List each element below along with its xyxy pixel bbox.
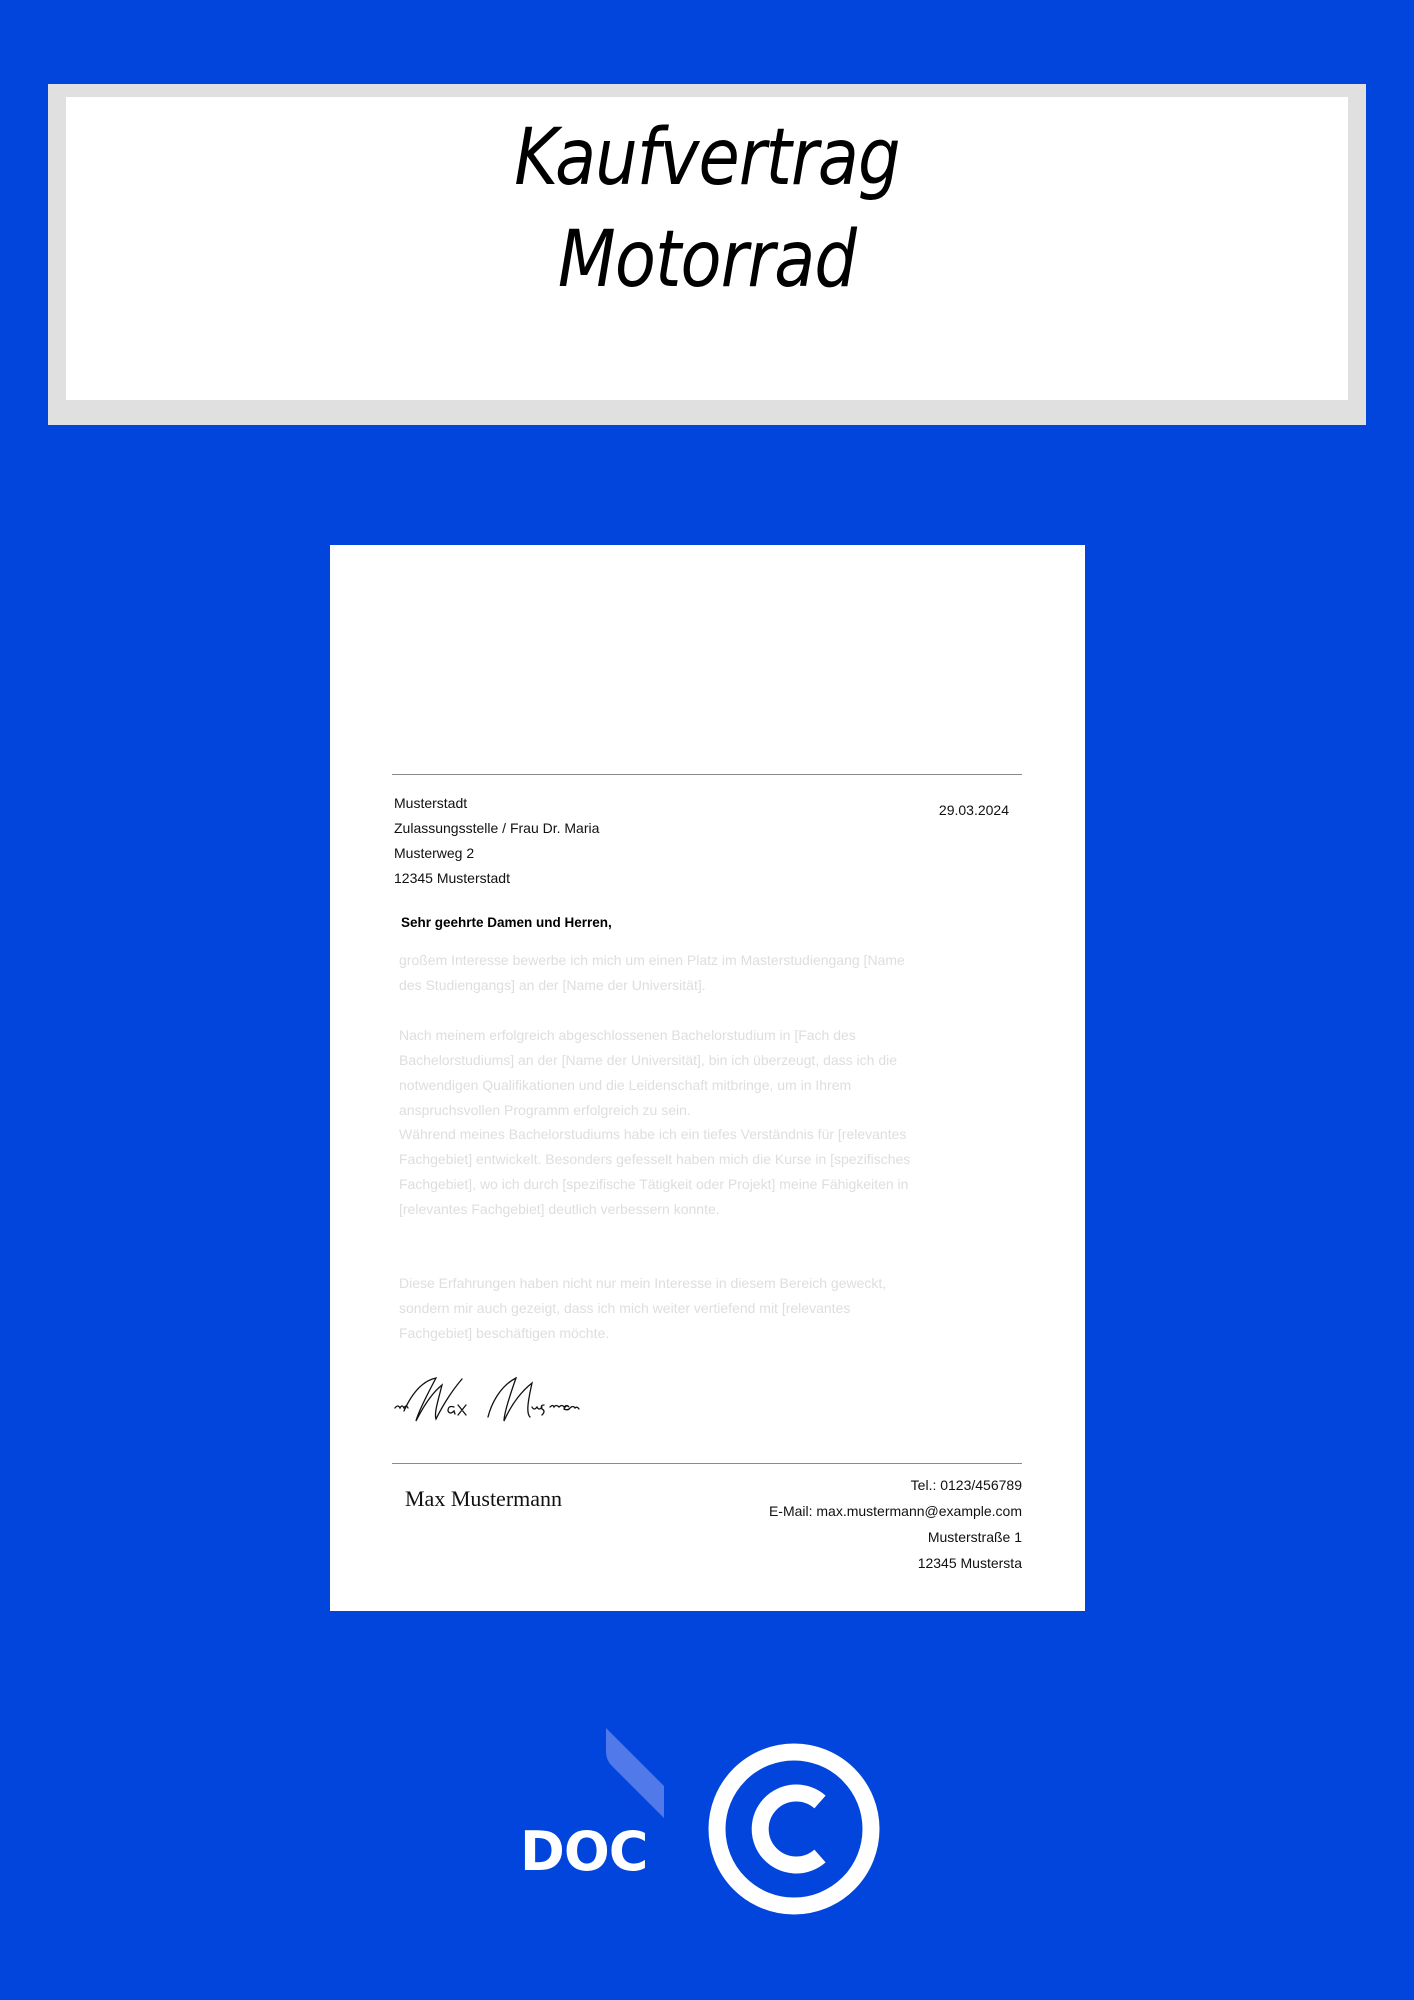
greeting: Sehr geehrte Damen und Herren, xyxy=(401,915,612,930)
logo-text: DOC xyxy=(520,1820,647,1883)
title-panel: Kaufvertrag Motorrad xyxy=(66,97,1348,400)
body-line: Bachelorstudiums] an der [Name der Unive… xyxy=(399,1053,897,1067)
body-line: Diese Erfahrungen haben nicht nur mein I… xyxy=(399,1276,886,1290)
body-line: Fachgebiet], wo ich durch [spezifische T… xyxy=(399,1177,908,1191)
body-line: notwendigen Qualifikationen und die Leid… xyxy=(399,1078,851,1092)
body-line: Fachgebiet] entwickelt. Besonders gefess… xyxy=(399,1152,910,1166)
body-line: des Studiengangs] an der [Name der Unive… xyxy=(399,978,706,992)
body-line: anspruchsvollen Programm erfolgreich zu … xyxy=(399,1103,691,1117)
title-frame: Kaufvertrag Motorrad xyxy=(48,84,1366,425)
body-line: großem Interesse bewerbe ich mich um ein… xyxy=(399,953,905,967)
page-fold-icon xyxy=(604,1728,666,1820)
contact-street: Musterstraße 1 xyxy=(928,1530,1022,1544)
contact-city: 12345 Mustersta xyxy=(918,1556,1022,1570)
document-title-line-2: Motorrad xyxy=(156,221,1259,299)
recipient-line: Musterstadt xyxy=(394,796,467,810)
doc-copyright-logo: DOC xyxy=(520,1728,880,1928)
body-line: Nach meinem erfolgreich abgeschlossenen … xyxy=(399,1028,856,1042)
footer-divider xyxy=(392,1463,1022,1464)
body-line: Fachgebiet] beschäftigen möchte. xyxy=(399,1326,609,1340)
recipient-line: Zulassungsstelle / Frau Dr. Maria xyxy=(394,821,599,835)
body-line: Während meines Bachelorstudiums habe ich… xyxy=(399,1127,906,1141)
handwritten-signature xyxy=(392,1373,602,1433)
document-title-line-1: Kaufvertrag xyxy=(156,119,1259,197)
sender-name: Max Mustermann xyxy=(405,1486,562,1512)
body-line: sondern mir auch gezeigt, dass ich mich … xyxy=(399,1301,850,1315)
letter-date: 29.03.2024 xyxy=(939,802,1009,818)
contact-email: E-Mail: max.mustermann@example.com xyxy=(769,1504,1022,1518)
recipient-line: 12345 Musterstadt xyxy=(394,871,510,885)
document-preview-page: Musterstadt Zulassungsstelle / Frau Dr. … xyxy=(330,545,1085,1611)
contact-phone: Tel.: 0123/456789 xyxy=(911,1478,1022,1492)
top-divider xyxy=(392,774,1022,775)
copyright-icon xyxy=(707,1742,881,1916)
recipient-line: Musterweg 2 xyxy=(394,846,474,860)
body-line: [relevantes Fachgebiet] deutlich verbess… xyxy=(399,1202,720,1216)
